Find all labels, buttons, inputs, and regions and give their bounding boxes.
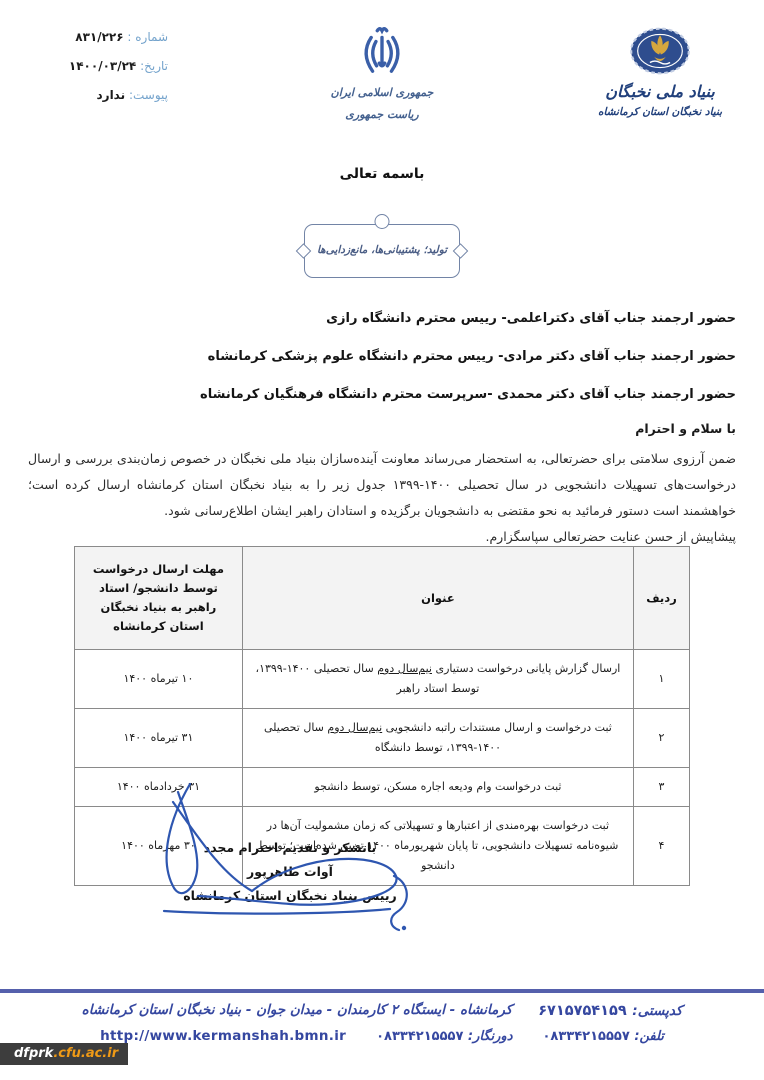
col-header-title: عنوان: [242, 547, 633, 650]
signatory-name: آوات طاهرپور: [150, 860, 430, 884]
fax-label: دورنگار:: [468, 1029, 513, 1044]
table-row: ۱ ارسال گزارش پایانی درخواست دستیاری نیم…: [75, 650, 690, 709]
table-row: ۳ ثبت درخواست وام ودیعه اجاره مسکن، توسط…: [75, 768, 690, 807]
date-value: ۱۴۰۰/۰۳/۲۴: [69, 59, 136, 73]
row-title: ثبت درخواست و ارسال مستندات راتبه دانشجو…: [242, 709, 633, 768]
row-title-text: ثبت درخواست وام ودیعه اجاره مسکن، توسط د…: [314, 780, 561, 793]
watermark-badge: dfprk.cfu.ac.ir: [0, 1043, 128, 1065]
foundation-header: بنیاد ملی نخبگان بنیاد نخبگان استان کرما…: [570, 22, 750, 118]
footer-divider: [0, 989, 764, 993]
recipient-line-2: حضور ارجمند جناب آقای دکتر مرادی- رییس م…: [28, 338, 736, 376]
row-deadline: ۳۱ خردادماه ۱۴۰۰: [75, 768, 243, 807]
footer-address: کرمانشاه - ایستگاه ۲ کارمندان - میدان جو…: [82, 1002, 513, 1018]
phone-label: تلفن:: [634, 1029, 664, 1044]
website-url: http://www.kermanshah.bmn.ir: [100, 1028, 346, 1044]
row-title-text: ارسال گزارش پایانی درخواست دستیاری: [432, 662, 620, 675]
col-header-row-number: ردیف: [634, 547, 690, 650]
letter-number: شماره : ۸۳۱/۲۲۶: [18, 30, 168, 44]
recipient-line-1: حضور ارجمند جناب آقای دکتراعلمی- رییس مح…: [28, 300, 736, 338]
signature-block: باتشکر و تقدیم احترام مجدد آوات طاهرپور …: [150, 836, 430, 908]
footer-address-line: کدپستی: ۶۷۱۵۷۵۴۱۵۹ کرمانشاه - ایستگاه ۲ …: [0, 1000, 764, 1019]
attachment-label: پیوست:: [129, 88, 168, 102]
letter-meta: شماره : ۸۳۱/۲۲۶ تاریخ: ۱۴۰۰/۰۳/۲۴ پیوست:…: [18, 30, 168, 117]
row-number: ۱: [634, 650, 690, 709]
col-header-deadline: مهلت ارسال درخواست توسط دانشجو/ استاد را…: [75, 547, 243, 650]
row-title-underlined: نیم‌سال دوم: [327, 721, 382, 734]
footer-contact-line: تلفن: ۰۸۳۳۴۲۱۵۵۵۷ دورنگار: ۰۸۳۳۴۲۱۵۵۵۷ h…: [0, 1028, 764, 1044]
postal-code-group: کدپستی: ۶۷۱۵۷۵۴۱۵۹: [538, 1000, 682, 1019]
body-paragraph: ضمن آرزوی سلامتی برای حضرتعالی، به استحض…: [28, 446, 736, 524]
date-label: تاریخ:: [140, 59, 168, 73]
government-header: جمهوری اسلامی ایران ریاست جمهوری: [300, 24, 464, 121]
row-title-text: ثبت درخواست و ارسال مستندات راتبه دانشجو…: [382, 721, 612, 734]
row-title: ثبت درخواست وام ودیعه اجاره مسکن، توسط د…: [242, 768, 633, 807]
table-row: ۲ ثبت درخواست و ارسال مستندات راتبه دانش…: [75, 709, 690, 768]
letter-content: حضور ارجمند جناب آقای دکتراعلمی- رییس مح…: [28, 300, 736, 550]
number-value: ۸۳۱/۲۲۶: [75, 30, 123, 44]
attachment-value: ندارد: [97, 88, 126, 102]
foundation-branch: بنیاد نخبگان استان کرمانشاه: [570, 106, 750, 118]
letter-attachment: پیوست: ندارد: [18, 88, 168, 102]
row-number: ۲: [634, 709, 690, 768]
phone-group: تلفن: ۰۸۳۳۴۲۱۵۵۵۷: [543, 1029, 664, 1044]
row-deadline: ۱۰ تیرماه ۱۴۰۰: [75, 650, 243, 709]
watermark-suffix: .cfu.ac.ir: [53, 1046, 118, 1061]
gov-office-label: ریاست جمهوری: [300, 108, 464, 121]
phone-value: ۰۸۳۳۴۲۱۵۵۵۷: [543, 1029, 630, 1044]
salutation-line: با سلام و احترام: [28, 414, 736, 444]
row-number: ۳: [634, 768, 690, 807]
signatory-title: رییس بنیاد نخبگان استان کرمانشاه: [150, 884, 430, 908]
signature-courtesy: باتشکر و تقدیم احترام مجدد: [150, 836, 430, 860]
foundation-name: بنیاد ملی نخبگان: [570, 82, 750, 101]
fax-value: ۰۸۳۳۴۲۱۵۵۵۷: [376, 1029, 463, 1044]
gov-country-label: جمهوری اسلامی ایران: [300, 86, 464, 99]
row-deadline: ۳۱ تیرماه ۱۴۰۰: [75, 709, 243, 768]
letter-page: شماره : ۸۳۱/۲۲۶ تاریخ: ۱۴۰۰/۰۳/۲۴ پیوست:…: [0, 0, 764, 1080]
postal-code-label: کدپستی:: [632, 1003, 682, 1019]
table-header-row: ردیف عنوان مهلت ارسال درخواست توسط دانشج…: [75, 547, 690, 650]
fax-group: دورنگار: ۰۸۳۳۴۲۱۵۵۵۷: [376, 1029, 512, 1044]
postal-code-value: ۶۷۱۵۷۵۴۱۵۹: [538, 1003, 627, 1019]
recipient-line-3: حضور ارجمند جناب آقای دکتر محمدی -سرپرست…: [28, 376, 736, 414]
row-title-underlined: نیم‌سال دوم: [377, 662, 432, 675]
number-label: شماره :: [127, 30, 168, 44]
year-slogan-text: تولید؛ پشتیبانی‌ها، مانع‌زدایی‌ها: [307, 243, 457, 259]
besmellah-heading: باسمه تعالی: [0, 166, 764, 182]
year-slogan-stamp: تولید؛ پشتیبانی‌ها، مانع‌زدایی‌ها: [304, 224, 460, 278]
deadlines-table: ردیف عنوان مهلت ارسال درخواست توسط دانشج…: [74, 546, 690, 886]
elites-foundation-logo-icon: [624, 22, 696, 80]
row-number: ۴: [634, 807, 690, 886]
watermark-prefix: dfprk: [14, 1046, 53, 1061]
iran-emblem-icon: [355, 24, 409, 82]
row-title: ارسال گزارش پایانی درخواست دستیاری نیم‌س…: [242, 650, 633, 709]
letter-date: تاریخ: ۱۴۰۰/۰۳/۲۴: [18, 59, 168, 73]
